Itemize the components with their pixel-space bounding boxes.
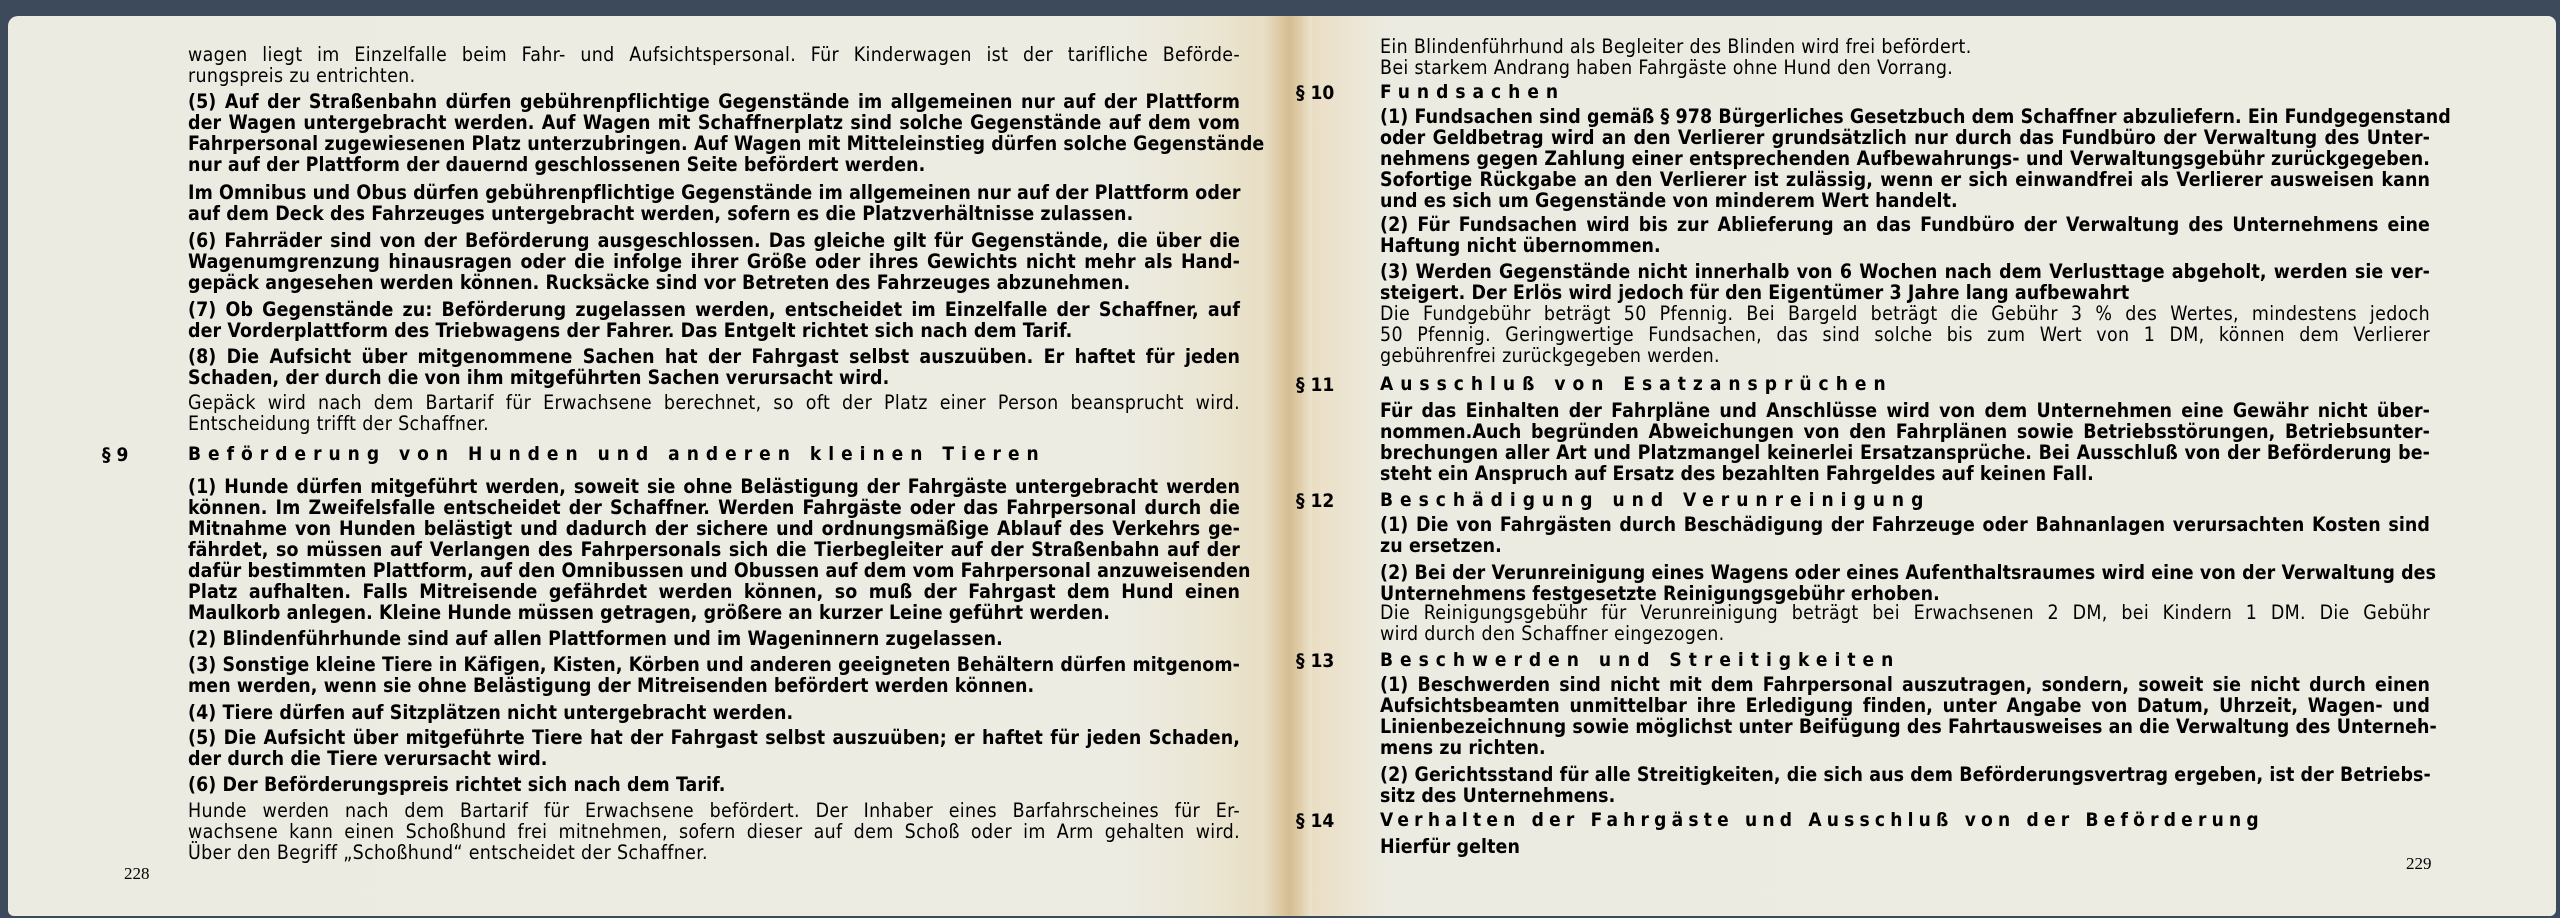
paragraph-7: (7) Ob Gegenstände zu: Beförderung zugel… [188, 299, 1240, 341]
section-9-paragraph-1: (1) Hunde dürfen mitgeführt werden, sowe… [188, 476, 1240, 623]
section-10-paragraph-2: (2) Für Fundsachen wird bis zur Abliefer… [1380, 214, 2430, 256]
page-number-left: 228 [124, 864, 150, 884]
section-11-number: § 11 [1296, 374, 1334, 396]
guide-dog-note: Ein Blindenführhund als Begleiter des Bl… [1380, 36, 2430, 78]
section-10-fee-note: Die Fundgebühr beträgt 50 Pfennig. Bei B… [1380, 303, 2430, 366]
section-14-number: § 14 [1296, 810, 1334, 832]
section-14-paragraph: Hierfür gelten [1380, 836, 2430, 857]
section-13-title: Beschwerden und Streitigkeiten [1380, 650, 1900, 671]
section-9-paragraph-3: (3) Sonstige kleine Tiere in Käfigen, Ki… [188, 654, 1240, 696]
paragraph-5: (5) Auf der Straßenbahn dürfen gebührenp… [188, 91, 1240, 175]
section-10-number: § 10 [1296, 82, 1334, 104]
luggage-note: Gepäck wird nach dem Bartarif für Erwach… [188, 392, 1240, 434]
continuation-paragraph: wagen liegt im Einzelfalle beim Fahr- un… [188, 44, 1240, 86]
section-9-paragraph-4: (4) Tiere dürfen auf Sitzplätzen nicht u… [188, 702, 1240, 723]
section-12-paragraph-2: (2) Bei der Verunreinigung eines Wagens … [1380, 562, 2430, 604]
section-9-paragraph-6: (6) Der Beförderungspreis richtet sich n… [188, 774, 1240, 795]
section-13-number: § 13 [1296, 650, 1334, 672]
page-number-right: 229 [2406, 854, 2432, 874]
section-12-number: § 12 [1296, 490, 1334, 512]
section-10-paragraph-1: (1) Fundsachen sind gemäß § 978 Bürgerli… [1380, 106, 2430, 211]
section-12-paragraph-1: (1) Die von Fahrgästen durch Beschädigun… [1380, 514, 2430, 556]
section-10-paragraph-3: (3) Werden Gegenstände nicht innerhalb v… [1380, 261, 2430, 303]
section-9-paragraph-2: (2) Blindenführhunde sind auf allen Plat… [188, 628, 1240, 649]
section-12-title: Beschädigung und Verunreinigung [1380, 490, 1930, 511]
omnibus-paragraph: Im Omnibus und Obus dürfen gebührenpflic… [188, 182, 1240, 224]
paragraph-6: (6) Fahrräder sind von der Beförderung a… [188, 230, 1240, 293]
section-9-paragraph-5: (5) Die Aufsicht über mitgeführte Tiere … [188, 727, 1240, 769]
section-13-paragraph-2: (2) Gerichtsstand für alle Streitigkeite… [1380, 764, 2430, 806]
section-11-title: Ausschluß von Esatzansprüchen [1380, 374, 1893, 395]
section-9-dog-fare-note: Hunde werden nach dem Bartarif für Erwac… [188, 800, 1240, 863]
book-gutter [1262, 16, 1312, 916]
paragraph-8: (8) Die Aufsicht über mitgenommene Sache… [188, 346, 1240, 388]
section-9-title: Beförderung von Hunden und anderen klein… [188, 444, 1046, 465]
open-book: wagen liegt im Einzelfalle beim Fahr- un… [8, 16, 2556, 916]
section-9-number: § 9 [102, 444, 128, 466]
section-13-paragraph-1: (1) Beschwerden sind nicht mit dem Fahrp… [1380, 674, 2430, 758]
section-12-cleaning-fee-note: Die Reinigungsgebühr für Verunreinigung … [1380, 602, 2430, 644]
section-14-title: Verhalten der Fahrgäste und Ausschluß vo… [1380, 810, 2264, 831]
section-10-title: Fundsachen [1380, 82, 1565, 103]
section-11-paragraph: Für das Einhalten der Fahrpläne und Ansc… [1380, 400, 2430, 484]
